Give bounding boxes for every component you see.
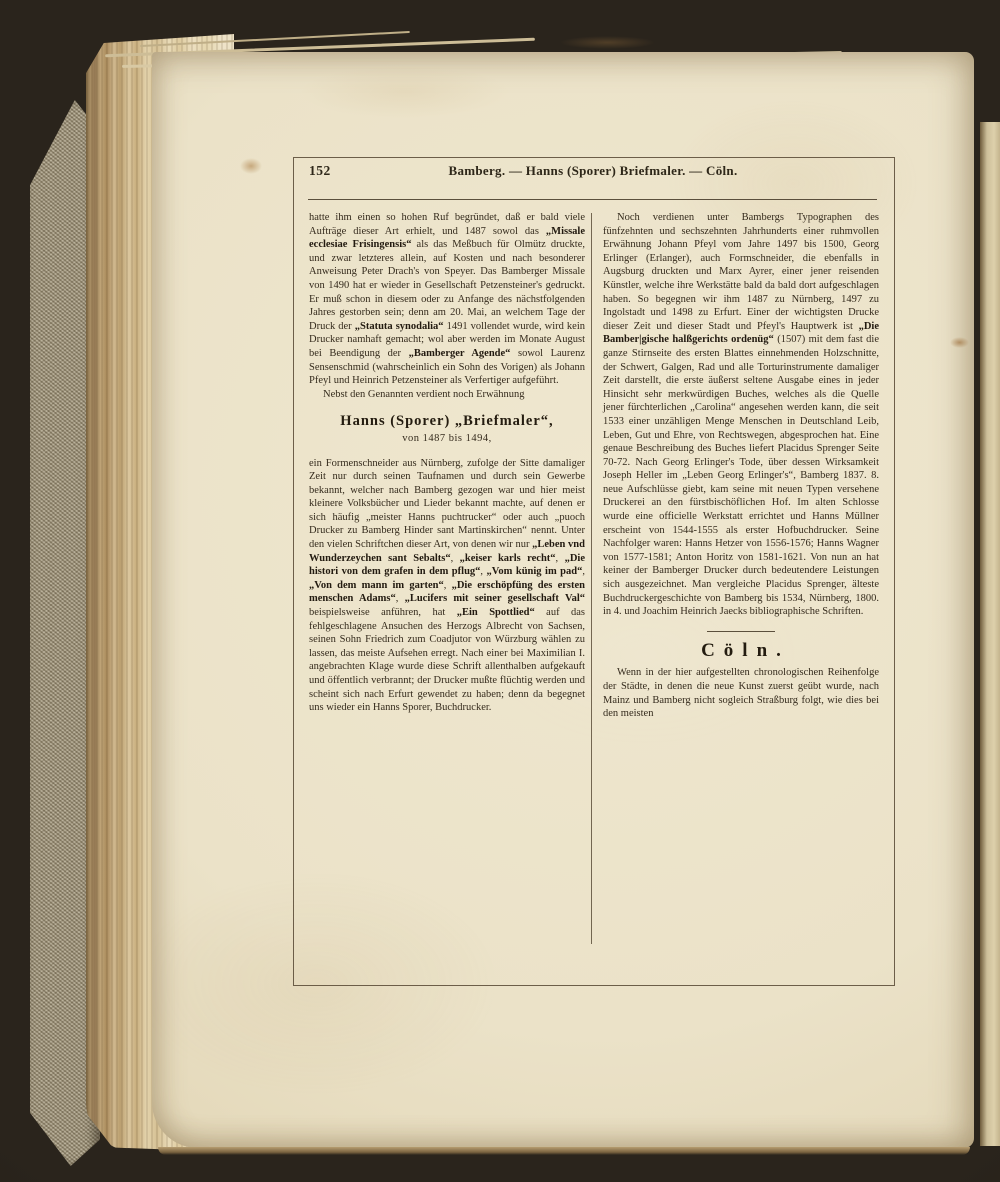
emphasized-title-text: „Bamberger Agende“ [409, 348, 511, 359]
emphasized-title-text: „Ein Spottlied“ [457, 607, 535, 618]
right-column: Noch verdienen unter Bambergs Typographe… [603, 211, 879, 721]
emphasized-title-text: „Lucifers mit seiner gesellschaft Val“ [405, 593, 585, 604]
body-text: als das Meßbuch für Olmütz druckte, und … [309, 239, 585, 332]
section-divider-rule [707, 631, 775, 632]
body-text: , [396, 593, 405, 604]
adjacent-page-edge [980, 122, 1000, 1146]
scan-background: 152 Bamberg. — Hanns (Sporer) Briefmaler… [0, 0, 1000, 1182]
running-title: Bamberg. — Hanns (Sporer) Briefmaler. — … [293, 163, 893, 179]
body-text: , [451, 553, 460, 564]
body-text: hatte ihm einen so hohen Ruf begründet, … [309, 212, 585, 237]
column-divider-rule [591, 213, 592, 944]
body-text: Nebst den Genannten verdient noch Erwähn… [323, 389, 524, 400]
header-rule [308, 199, 877, 200]
paragraph: Nebst den Genannten verdient noch Erwähn… [309, 388, 585, 402]
body-text: , [444, 580, 452, 591]
body-text: , [556, 553, 565, 564]
section-heading: Hanns (Sporer) „Briefmaler“, [309, 415, 585, 429]
page-bottom-edge [158, 1147, 970, 1155]
body-text: ein Formenschneider aus Nürnberg, zufolg… [309, 458, 585, 551]
emphasized-title-text: „Vom künig im pad“ [487, 566, 583, 577]
paragraph: hatte ihm einen so hohen Ruf begründet, … [309, 211, 585, 388]
paragraph: ein Formenschneider aus Nürnberg, zufolg… [309, 457, 585, 715]
body-text: (1507) mit dem fast die ganze Stirnseite… [603, 334, 879, 617]
paragraph: Wenn in der hier aufgestellten chronolog… [603, 666, 879, 720]
foxing-stain [560, 36, 655, 49]
emphasized-title-text: „Statuta synodalia“ [355, 321, 444, 332]
body-text: auf das fehlgeschlagene Ansuchen des Her… [309, 607, 585, 713]
emphasized-title-text: „keiser karls recht“ [460, 553, 556, 564]
body-text: , [582, 566, 585, 577]
paragraph: Noch verdienen unter Bambergs Typographe… [603, 211, 879, 619]
section-subheading: von 1487 bis 1494, [309, 432, 585, 446]
body-text: Noch verdienen unter Bambergs Typographe… [603, 212, 879, 332]
body-text: beispielsweise anführen, hat [309, 607, 457, 618]
left-column: hatte ihm einen so hohen Ruf begründet, … [309, 211, 585, 715]
emphasized-title-text: „Von dem mann im garten“ [309, 580, 444, 591]
body-text: Wenn in der hier aufgestellten chronolog… [603, 667, 879, 719]
city-section-heading: Cöln. [603, 644, 879, 658]
